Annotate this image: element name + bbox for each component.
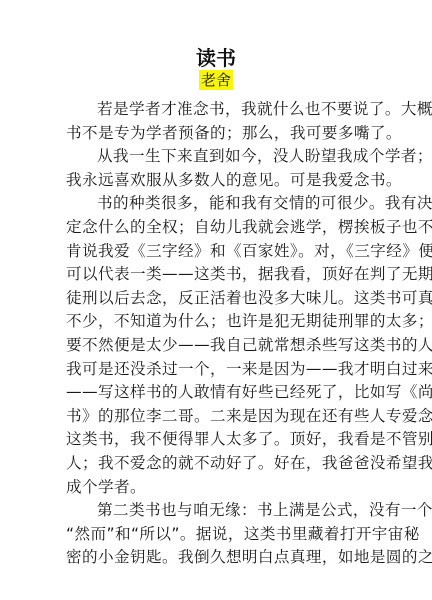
text-line: ——写这样书的人敢情有好些已经死了，比如写《尚 — [66, 381, 368, 405]
text-line: 我可是还没杀过一个，一来是因为——我才明白过来 — [66, 358, 368, 382]
text-line: 不少，不知道为什么；也许是犯无期徒刑罪的太多； — [66, 310, 368, 334]
author-name-highlighted: 老舍 — [199, 70, 233, 90]
document-title: 读书 — [0, 46, 432, 70]
text-line: 定念什么的全权；自幼儿我就会逃学，楞挨板子也不 — [66, 216, 368, 240]
text-line: 可以代表一类——这类书，据我看，顶好在判了无期 — [66, 263, 368, 287]
document-body: 若是学者才准念书，我就什么也不要说了。大概书不是专为学者预备的；那么，我可要多嘴… — [66, 98, 368, 570]
text-line: 书不是专为学者预备的；那么，我可要多嘴了。 — [66, 122, 368, 146]
text-line: 从我一生下来直到如今，没人盼望我成个学者； — [66, 145, 368, 169]
text-line: 若是学者才准念书，我就什么也不要说了。大概 — [66, 98, 368, 122]
text-line: 要不然便是太少——我自己就常想杀些写这类书的人。 — [66, 334, 368, 358]
text-line: 书》的那位李二哥。二来是因为现在还有些人专爱念 — [66, 405, 368, 429]
text-line: 徒刑以后去念，反正活着也没多大味儿。这类书可真 — [66, 287, 368, 311]
author-line: 老舍 — [0, 70, 432, 90]
text-line: 这类书，我不便得罪人太多了。顶好，我看是不管别 — [66, 428, 368, 452]
text-line: 第二类书也与咱无缘：书上满是公式，没有一个 — [66, 499, 368, 523]
text-line: 肯说我爱《三字经》和《百家姓》。对，《三字经》便 — [66, 240, 368, 264]
text-line: “然而”和“所以”。据说，这类书里藏着打开宇宙秘 — [66, 523, 368, 547]
text-line: 书的种类很多，能和我有交情的可很少。我有决 — [66, 192, 368, 216]
text-line: 成个学者。 — [66, 476, 368, 500]
text-line: 我永远喜欢服从多数人的意见。可是我爱念书。 — [66, 169, 368, 193]
text-line: 人；我不爱念的就不动好了。好在，我爸爸没希望我 — [66, 452, 368, 476]
text-line: 密的小金钥匙。我倒久想明白点真理，如地是圆的之 — [66, 546, 368, 570]
document-page: 读书 老舍 若是学者才准念书，我就什么也不要说了。大概书不是专为学者预备的；那么… — [0, 0, 432, 600]
